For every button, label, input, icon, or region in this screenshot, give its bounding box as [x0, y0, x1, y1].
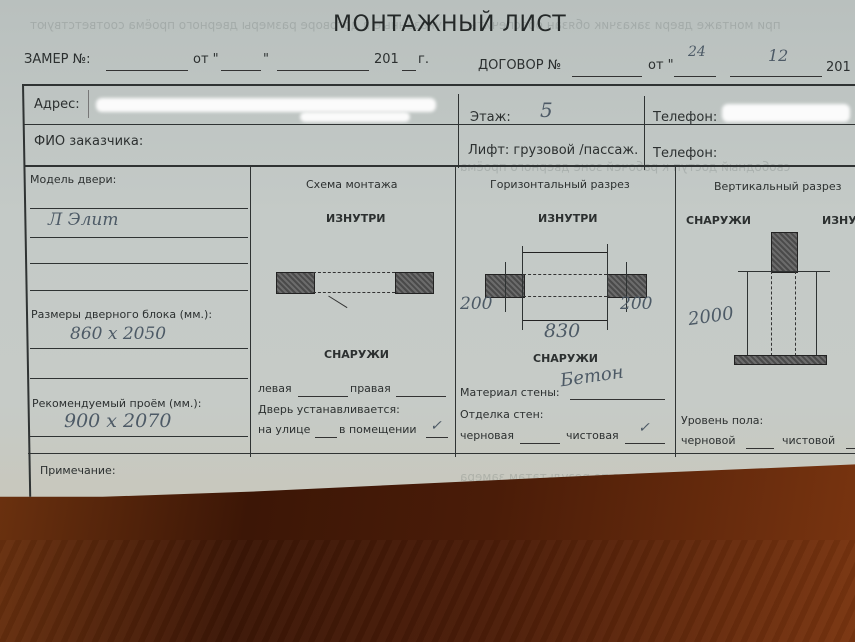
floor-label: Этаж:	[470, 110, 511, 125]
vertical-outside-label: СНАРУЖИ	[686, 214, 751, 227]
measure-year-field[interactable]	[402, 56, 416, 71]
phone1-redacted	[722, 104, 850, 122]
address-redacted	[96, 98, 436, 112]
horizontal-outside-label: СНАРУЖИ	[533, 352, 598, 365]
mounting-outside-label: СНАРУЖИ	[324, 348, 389, 361]
customer-name-label: ФИО заказчика:	[34, 134, 143, 149]
address-redacted	[300, 112, 410, 122]
recommended-opening-line[interactable]	[30, 436, 248, 437]
door-model-label: Модель двери:	[30, 173, 116, 186]
indoors-label: в помещении	[339, 423, 417, 436]
divider-floor	[458, 94, 459, 168]
door-block-size-line[interactable]	[30, 348, 248, 349]
opening-top-edge	[523, 274, 607, 275]
door-swing-line	[328, 296, 347, 309]
address-divider	[88, 90, 89, 118]
col-divider	[250, 167, 251, 457]
wall-material-field[interactable]	[570, 388, 665, 400]
measure-month-field[interactable]	[277, 56, 369, 71]
floor-rough-label: черновой	[681, 434, 736, 447]
measure-number-field[interactable]	[106, 56, 188, 71]
height-dimension-right	[816, 271, 817, 356]
door-model-line[interactable]	[30, 208, 248, 209]
opening-height-value: 2000	[687, 303, 735, 330]
opening-top-edge	[313, 272, 395, 273]
wall-right-shape	[395, 272, 434, 294]
floor-finish-label: чистовой	[782, 434, 835, 447]
recommended-opening-label: Рекомендуемый проём (мм.):	[32, 397, 201, 410]
measure-year-suffix: г.	[418, 52, 429, 67]
lintel-shape	[771, 232, 798, 273]
bleed-through-text: определение точного проёма возможно толь…	[460, 488, 855, 502]
bleed-through-text: окончательная смета работ составляется п…	[460, 470, 855, 484]
contract-date-from-label: от "	[648, 58, 674, 73]
row-divider	[28, 453, 855, 454]
rough-finish-label: черновая	[460, 429, 514, 442]
street-checkbox-field[interactable]	[315, 426, 337, 438]
left-hinge-label: левая	[258, 382, 292, 395]
door-block-size-value: 860 x 2050	[70, 324, 166, 344]
left-wall-dimension	[505, 262, 506, 312]
door-model-line[interactable]	[30, 237, 248, 238]
notes-label: Примечание:	[40, 464, 116, 477]
door-model-line[interactable]	[30, 290, 248, 291]
phone2-label: Телефон:	[653, 146, 717, 161]
right-hinge-label: правая	[350, 382, 391, 395]
floor-rough-field[interactable]	[746, 437, 774, 449]
contract-number-field[interactable]	[572, 62, 642, 77]
clean-finish-label: чистовая	[566, 429, 619, 442]
measure-date-from-label: от "	[193, 52, 219, 67]
address-label: Адрес:	[34, 97, 80, 112]
floor-finish-field[interactable]	[846, 437, 855, 449]
door-block-size-line[interactable]	[30, 378, 248, 379]
col-divider	[675, 167, 676, 457]
measure-year-prefix: 201	[374, 52, 399, 67]
quote-close: "	[263, 52, 269, 67]
vertical-inside-label: ИЗНУ	[822, 214, 855, 227]
wall-material-label: Материал стены:	[460, 386, 560, 399]
phone1-label: Телефон:	[653, 110, 717, 125]
left-hinge-field[interactable]	[298, 385, 348, 397]
lift-label: Лифт: грузовой /пассаж.	[468, 143, 638, 158]
contract-day-field[interactable]	[674, 62, 716, 77]
recommended-opening-value: 900 x 2070	[64, 410, 171, 432]
table-left-border	[22, 84, 32, 524]
dimension-guide	[522, 246, 523, 330]
indoors-check-mark: ✓	[430, 418, 442, 434]
left-wall-thickness-value: 200	[460, 294, 492, 314]
opening-bottom-edge	[313, 292, 395, 293]
table-top-border	[22, 84, 855, 86]
wooden-table-surface	[0, 540, 855, 642]
contract-number-label: ДОГОВОР №	[478, 58, 561, 73]
height-dimension-left	[747, 271, 748, 356]
right-wall-thickness-value: 200	[620, 294, 652, 314]
bleed-through-text: свободный доступ к рабочей зоне дверного…	[460, 160, 790, 174]
mounting-scheme-title: Схема монтажа	[306, 178, 398, 191]
contract-year-prefix: 201	[826, 60, 851, 75]
floor-level-label: Уровень пола:	[681, 414, 763, 427]
contract-day-value: 24	[688, 44, 706, 60]
wall-finish-label: Отделка стен:	[460, 408, 543, 421]
street-label: на улице	[258, 423, 310, 436]
horizontal-section-title: Горизонтальный разрез	[490, 178, 630, 191]
install-location-label: Дверь устанавливается:	[258, 403, 400, 416]
floor-value: 5	[540, 98, 553, 122]
door-frame-line	[795, 271, 796, 356]
top-width-dimension	[523, 252, 607, 253]
phone2-field[interactable]	[720, 150, 850, 162]
clean-finish-check-mark: ✓	[638, 420, 650, 436]
divider-phone	[644, 96, 645, 170]
wall-left-shape	[276, 272, 315, 294]
horizontal-inside-label: ИЗНУТРИ	[538, 212, 597, 225]
opening-bottom-edge	[523, 296, 607, 297]
document-title: МОНТАЖНЫЙ ЛИСТ	[333, 12, 566, 37]
door-model-line[interactable]	[30, 263, 248, 264]
measure-day-field[interactable]	[221, 56, 261, 71]
row-divider	[24, 124, 855, 125]
mounting-inside-label: ИЗНУТРИ	[326, 212, 385, 225]
contract-month-value: 12	[768, 46, 788, 65]
measure-number-label: ЗАМЕР №:	[24, 52, 91, 67]
door-block-size-label: Размеры дверного блока (мм.):	[31, 308, 212, 321]
row-divider	[24, 165, 855, 167]
opening-width-value: 830	[544, 320, 580, 342]
notes-field[interactable]	[130, 462, 430, 502]
floor-shape	[734, 355, 827, 365]
door-frame-line	[771, 271, 772, 356]
rough-finish-field[interactable]	[520, 432, 560, 444]
col-divider	[455, 167, 456, 457]
vertical-section-title: Вертикальный разрез	[714, 180, 841, 193]
door-model-value: Л Элит	[48, 210, 119, 230]
mounting-sheet: указанные в договоре размеры дверного пр…	[0, 0, 855, 540]
wall-material-value: Бетон	[559, 362, 625, 392]
right-hinge-field[interactable]	[396, 385, 446, 397]
dimension-guide	[607, 244, 608, 330]
